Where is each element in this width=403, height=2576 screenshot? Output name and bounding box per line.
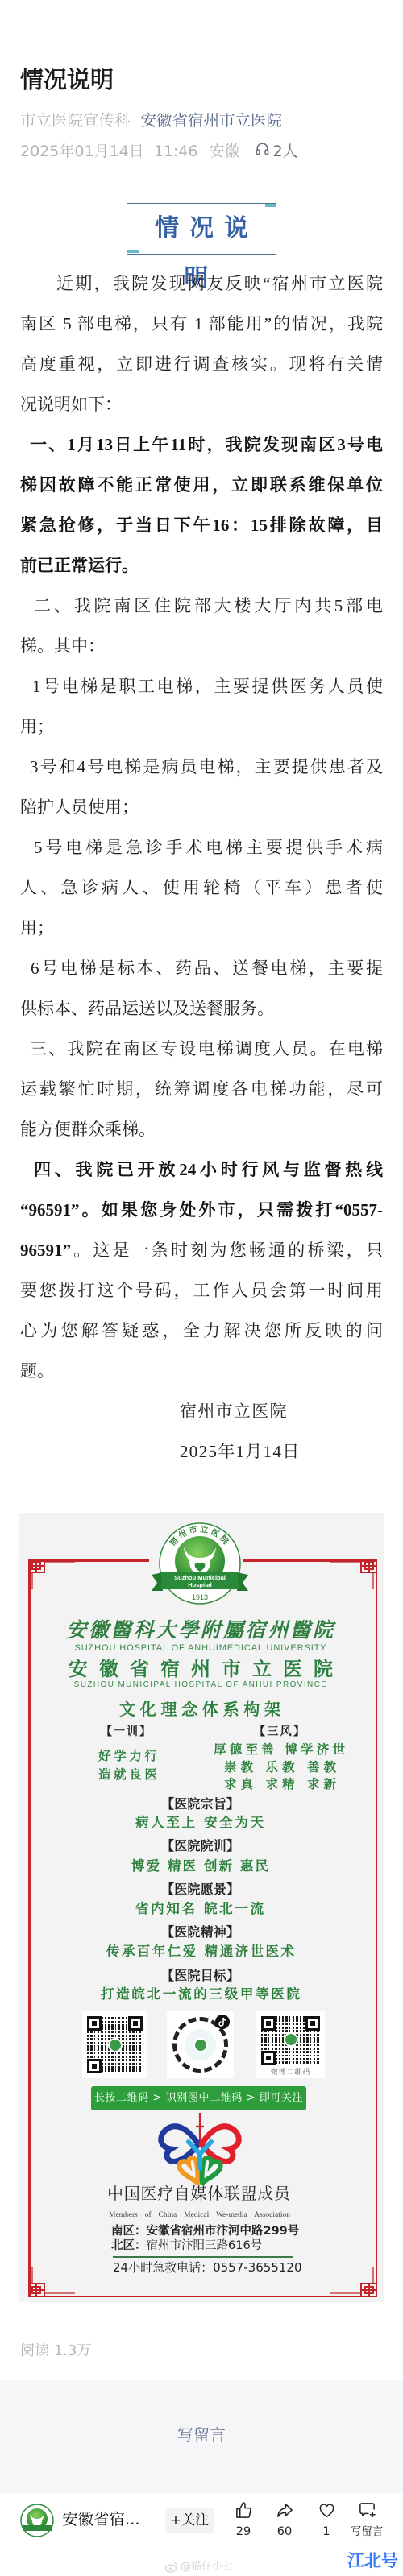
paragraph-line: 三、我院在南区专设电梯调度人员。在电梯 (20, 1029, 383, 1069)
signature-date: 2025年1月14日 (20, 1431, 383, 1472)
paragraph-text: 。这是一条时刻为您畅通的桥梁，只 (71, 1240, 383, 1260)
paragraph-line: 心为您解答疑惑，全力解决您所反映的问 (20, 1311, 383, 1351)
logo-ribbon-text: Suzhou Municipal (174, 1574, 226, 1581)
comment-area: 写留言 (0, 2380, 403, 2493)
account-name[interactable]: 安徽省宿... (62, 2509, 140, 2530)
motto-line: 造就良医 (98, 1767, 157, 1782)
favorite-button[interactable]: 1 (306, 2501, 347, 2541)
frame-corner-ornament-icon (329, 2265, 377, 2297)
paragraph-line: 用； (20, 706, 383, 747)
divider (113, 2256, 293, 2258)
chinese-hospital-name: 安徽省宿州市立医院 (69, 1659, 333, 1679)
paragraph-line: 前已正常运行。 (20, 545, 383, 586)
paragraph-line: 3号和4号电梯是病员电梯，主要提供患者及 (20, 747, 383, 787)
article-title: 情况说明 (20, 63, 114, 97)
article-meta-source: 市立医院宣传科 安徽省宿州市立医院 (20, 110, 282, 131)
favorite-count: 1 (306, 2524, 347, 2539)
bottom-action-bar: 安徽省宿... +关注 29 60 1 写留言 (0, 2493, 403, 2545)
paragraph-line: 题。 (20, 1351, 383, 1391)
paragraph-line: 紧急抢修，于当日下午16：15排除故障，目 (20, 505, 383, 545)
section-text-spirit: 传承百年仁爱 精通济世医术 (106, 1944, 294, 1960)
share-count: 60 (264, 2524, 305, 2539)
paragraph-line: 高度重视，立即进行调查核实。现将有关情 (20, 344, 383, 384)
paragraph-line: 二、我院南区住院部大楼大厅内共5部电 (20, 586, 383, 626)
motto-heading: 【一训】 (101, 1725, 151, 1738)
account-name-link[interactable]: 安徽省宿州市立医院 (141, 110, 283, 131)
paragraph-line: 1号电梯是职工电梯，主要提供医务人员使 (20, 666, 383, 706)
section-text-vision: 省内知名 皖北一流 (135, 1901, 264, 1917)
frame-line (28, 2296, 377, 2298)
frame-corner-ornament-icon (28, 2265, 77, 2297)
logo-year: 1913 (192, 1593, 208, 1601)
paragraph-line: 运载繁忙时期，统筹调度各电梯功能，尽可 (20, 1069, 383, 1109)
hotline-line: “96591”。如果您身处外市，只需拨打“0557- (20, 1190, 383, 1230)
paragraph-line: 6号电梯是标本、药品、送餐电梯，主要提 (20, 948, 383, 988)
share-button[interactable]: 60 (264, 2501, 305, 2541)
address-south: 南区：安徽省宿州市汴河中路299号 (111, 2225, 299, 2238)
heart-icon (318, 2501, 336, 2520)
frame-corner-ornament-icon (28, 1559, 77, 1591)
watermark: @猫仔小七 (165, 2560, 233, 2574)
qr-caption: 微博二维码 (256, 2066, 325, 2077)
paragraph-line: 梯因故障不能正常使用，立即联系维保单位 (20, 465, 383, 505)
paragraph-line: 供标本、药品运送以及送餐服务。 (20, 988, 383, 1029)
paragraph-line: 5号电梯是急诊手术电梯主要提供手术病 (20, 827, 383, 868)
comment-plus-icon (358, 2501, 376, 2520)
frame-line (376, 1559, 378, 2297)
motto-line: 好学力行 (98, 1749, 157, 1763)
section-heading-mission: 【医院宗旨】 (161, 1796, 239, 1812)
thumbs-up-icon (235, 2501, 253, 2520)
paragraph-line: 用； (20, 908, 383, 948)
source-brand-label: 江北号 (347, 2550, 398, 2571)
styles-line: 厚德至善 博学济世 (214, 1742, 345, 1757)
paragraph-line: 要您拨打这个号码，工作人员会第一时间用 (20, 1270, 383, 1311)
paragraph-line: 能方便群众乘梯。 (20, 1109, 383, 1149)
calligraphy-hospital-name: 安徽醫科大學附屬宿州醫院 (66, 1617, 333, 1643)
tiktok-icon (215, 2015, 230, 2029)
comment-label: 写留言 (347, 2524, 387, 2539)
banner-title: 情况说明 (127, 204, 276, 254)
hotline-number: 96591” (20, 1240, 71, 1260)
paragraph-line: 一、1月13日上午11时，我院发现南区3号电 (20, 425, 383, 465)
styles-heading: 【三风】 (254, 1725, 305, 1738)
paragraph-line: 四、我院已开放24小时行风与监督热线 (20, 1149, 383, 1190)
publish-location: 安徽 (209, 141, 239, 162)
wechat-qr-code-icon[interactable] (82, 2011, 147, 2078)
address-value: 宿州市汴阳三路616号 (147, 2239, 263, 2252)
english-name-province: SUZHOU MUNICIPAL HOSPITAL OF ANHUI PROVI… (59, 1681, 343, 1689)
listen-button[interactable]: 2人 (255, 141, 298, 162)
signature-organization: 宿州市立医院 (20, 1391, 383, 1431)
alliance-name: 中国医疗自媒体联盟成员 (107, 2185, 290, 2202)
share-icon (276, 2501, 294, 2520)
hospital-culture-poster: 宿州市立医院 Suzhou Municipal Hospital 1913 安徽… (19, 1513, 384, 2302)
write-comment-button[interactable]: 写留言 (0, 2424, 403, 2446)
article-meta-info: 2025年01月14日 11:46 安徽 2人 (20, 141, 298, 162)
like-button[interactable]: 29 (223, 2501, 264, 2541)
emergency-phone: 24小时急救电话：0557-3655120 (113, 2261, 301, 2275)
clover-hearts-logo-icon (152, 2112, 248, 2185)
frame-corner-ornament-icon (329, 1559, 377, 1591)
framework-title: 文化理念体系构架 (119, 1700, 280, 1718)
address-north: 北区：宿州市汴阳三路616号 (111, 2239, 262, 2253)
section-heading-goal: 【医院目标】 (161, 1968, 239, 1984)
weibo-icon (165, 2562, 178, 2573)
follow-hint-banner: 长按二维码 > 识别图中二维码 > 即可关注 (91, 2086, 306, 2110)
address-label: 北区： (111, 2239, 147, 2252)
comment-button[interactable]: 写留言 (347, 2501, 387, 2541)
hospital-logo-icon: 宿州市立医院 Suzhou Municipal Hospital 1913 (150, 1522, 250, 1607)
article-author: 市立医院宣传科 (20, 110, 131, 131)
styles-line: 求真 求精 求新 (224, 1777, 336, 1791)
article-banner: 情况说明 (127, 203, 276, 255)
section-text-mission: 病人至上 安全为天 (135, 1815, 264, 1831)
listener-count: 2人 (273, 141, 298, 162)
section-heading-motto: 【医院院训】 (161, 1838, 239, 1854)
read-count: 阅读 1.3万 (20, 2341, 91, 2362)
section-heading-spirit: 【医院精神】 (161, 1924, 239, 1940)
logo-ribbon-text: Hospital (188, 1581, 212, 1588)
address-label: 南区： (111, 2225, 147, 2238)
emergency-label: 24小时急救电话： (113, 2260, 213, 2275)
paragraph-line: 96591”。这是一条时刻为您畅通的桥梁，只 (20, 1230, 383, 1270)
paragraph-line: 况说明如下： (20, 384, 383, 425)
weibo-qr-code-icon[interactable]: 微博二维码 (256, 2011, 325, 2078)
paragraph-line: 梯。其中： (20, 626, 383, 666)
headphones-icon (255, 141, 270, 162)
alliance-name-english: Members of China Medical We-media Associ… (109, 2211, 290, 2219)
paragraph-line: 近期，我院发现网友反映“宿州市立医院 (20, 263, 383, 304)
section-heading-vision: 【医院愿景】 (161, 1882, 239, 1898)
douyin-qr-code-icon[interactable] (167, 2011, 234, 2078)
article-body: 近期，我院发现网友反映“宿州市立医院 南区 5 部电梯，只有 1 部能用”的情况… (20, 263, 383, 1472)
watermark-text: @猫仔小七 (181, 2560, 233, 2574)
paragraph-line: 陪护人员使用； (20, 787, 383, 827)
frame-line (28, 1559, 31, 2297)
emergency-number: 0557-3655120 (213, 2260, 301, 2275)
paragraph-line: 人、急诊病人、使用轮椅（平车）患者使 (20, 868, 383, 908)
account-avatar[interactable] (20, 2504, 54, 2537)
section-text-motto: 博爱 精医 创新 惠民 (131, 1858, 268, 1874)
like-count: 29 (223, 2524, 264, 2539)
section-text-goal: 打造皖北一流的三级甲等医院 (101, 1986, 300, 2002)
paragraph-line: 南区 5 部电梯，只有 1 部能用”的情况，我院 (20, 304, 383, 344)
styles-line: 崇教 乐教 善教 (224, 1760, 336, 1775)
follow-button[interactable]: +关注 (165, 2508, 214, 2533)
publish-time: 11:46 (154, 141, 198, 162)
address-value: 安徽省宿州市汴河中路299号 (147, 2225, 300, 2238)
publish-date: 2025年01月14日 (20, 141, 144, 162)
english-name-university: SUZHOU HOSPITAL OF ANHUIMEDICAL UNIVERSI… (59, 1643, 343, 1653)
